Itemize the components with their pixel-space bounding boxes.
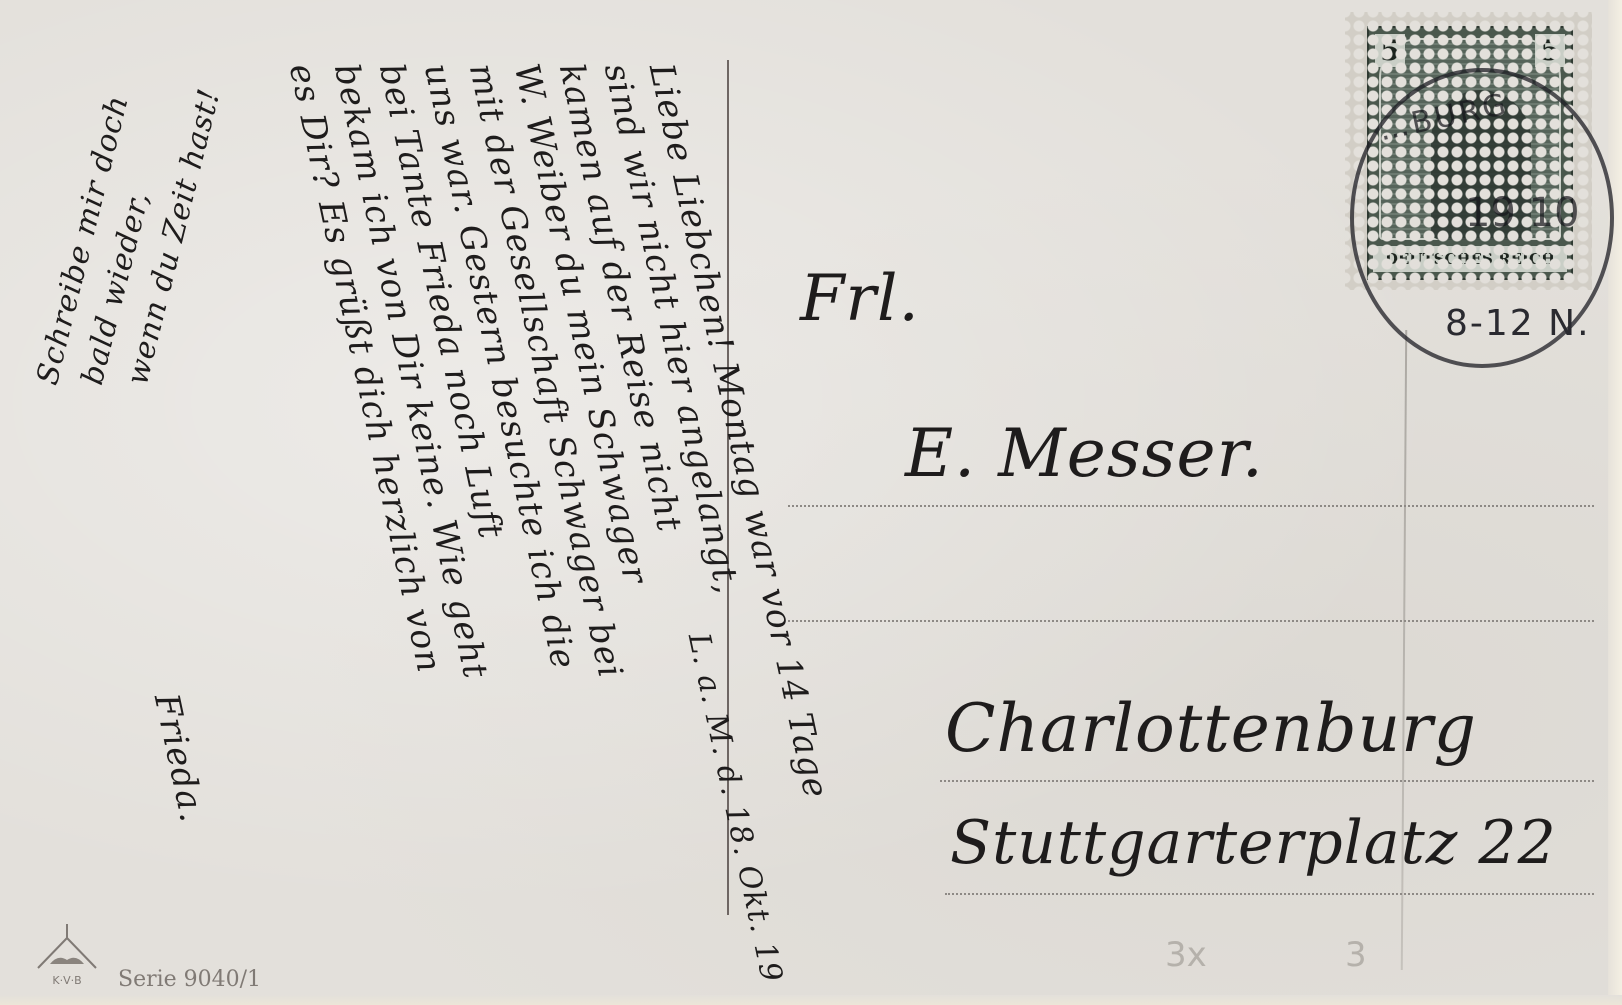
card-edge	[1608, 0, 1622, 1005]
message-line: Liebe Liebchen! Montag war vor 14 Tage	[641, 60, 836, 802]
card-edge	[0, 995, 1622, 1005]
postcard: 5 5 DEUTSCHES REICH …BURG 19 10 8-12 N. …	[0, 0, 1622, 1005]
address-line-3	[940, 780, 1594, 782]
publisher-logo-icon: K·V·B	[32, 920, 102, 990]
postmark-date: 19 10	[1465, 190, 1580, 236]
address-line-4	[945, 893, 1594, 895]
series-number: Serie 9040/1	[118, 967, 261, 992]
svg-text:K·V·B: K·V·B	[52, 974, 81, 987]
address-line-2	[788, 620, 1594, 622]
address-name: E. Messer.	[905, 415, 1264, 492]
address-line-1	[788, 505, 1594, 507]
postmark-time: 8-12 N.	[1445, 303, 1591, 344]
stamp-value-left: 5	[1375, 34, 1405, 67]
pencil-mark: 3x	[1165, 935, 1207, 975]
message-signature: Frieda.	[146, 690, 212, 826]
address-city: Charlottenburg	[945, 690, 1477, 767]
address-salutation: Frl.	[800, 262, 920, 336]
stamp-value-right: 5	[1535, 34, 1565, 67]
address-street: Stuttgarterplatz 22	[950, 808, 1557, 878]
pencil-mark: 3	[1345, 935, 1367, 975]
